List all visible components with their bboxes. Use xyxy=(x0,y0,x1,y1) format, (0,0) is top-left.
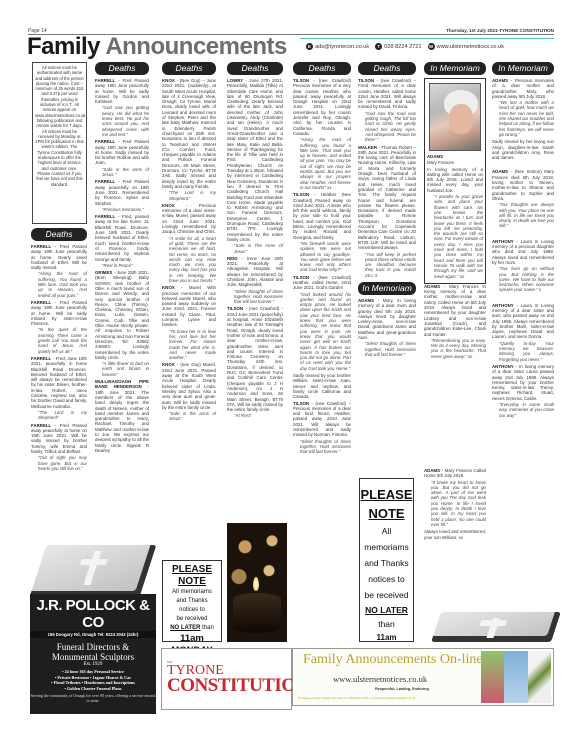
deaths-column-2: Deaths FARRELL - Fred Passed away 19th J… xyxy=(95,62,149,454)
deaths-column-4: Deaths LOWRY - June 27th 2021, Peacefull… xyxy=(227,62,283,421)
section-header-deaths: Deaths xyxy=(31,228,87,241)
notice-entry: MULLINAGOAGH PIPE BAND HENDERSON - 18th … xyxy=(95,379,149,453)
deaths-column-1: Deaths FARRELL - Fred Passed away 19th J… xyxy=(31,228,87,473)
notice-entry: KNOX - (Nee Guy) – June 22nd 2021, (sudd… xyxy=(162,78,216,201)
notice-entry: TILSON - (nee Crawford) - 22nd June 2021… xyxy=(227,306,283,418)
online-ad-heading: Family Announcements On-line xyxy=(303,652,483,668)
section-header-in-memoriam: In Memoriam xyxy=(358,282,416,295)
notice-entry: TILSON - (Nee Crawford) Heather, called … xyxy=(293,275,351,371)
notice-entry: FARRELL - Fred Passed away peacefully on… xyxy=(95,179,149,212)
ad-service: • Golden Charter Funeral Plans xyxy=(30,686,156,692)
notice-entry: Sadly missed by your brother William, si… xyxy=(293,373,351,399)
notice-entry: REID - Irene June 20th 2021. Peacefully … xyxy=(227,256,283,305)
notice-entry: KNOX - (nee Guy) Muriel, 22nd June 2021.… xyxy=(162,362,216,421)
notice-entry: ANTHONY - Laura In Loving memory of a de… xyxy=(492,303,554,362)
pollock-funeral-ad[interactable]: J.R. POLLOCK & CO 155 Doogary Rd, Omagh … xyxy=(30,594,156,714)
section-header-deaths: Deaths xyxy=(95,62,149,75)
online-ad-images xyxy=(481,651,551,703)
phone-contact[interactable]: T028 8224 2721 xyxy=(375,43,421,50)
bible-illustration xyxy=(30,545,157,597)
accent-divider xyxy=(300,38,554,39)
candle-photo xyxy=(227,523,287,642)
notice-entry: ANTHONY - Laura In Loving memory of a pr… xyxy=(492,239,554,293)
section-header-deaths: Deaths xyxy=(358,62,416,75)
notice-entry: FARRELL - Fred Passed away peacefully at… xyxy=(31,423,87,472)
email-text: ads@tyronecon.co.uk xyxy=(315,44,369,50)
web-contact[interactable]: Wwww.ulsternetnotices.co.uk xyxy=(428,43,504,50)
phone-icon: T xyxy=(375,43,382,50)
title-word-family: Family xyxy=(27,33,100,60)
notice-entry: GRIMES - June 25th 2021, (Born Sleeping)… xyxy=(95,270,149,377)
contact-bar: Eads@tyronecon.co.uk T028 8224 2721 Wwww… xyxy=(306,43,504,50)
notice-entry: ADAMS - Mary, In loving memory of a dear… xyxy=(358,298,416,357)
notice-entry: ADAMS - Mary Frances Called Home 5th Jul… xyxy=(424,468,486,540)
logo-line-2: CONSTITUTION xyxy=(167,676,309,695)
ad-serving-text: Serving the community of Omagh for over … xyxy=(30,693,156,703)
tyrone-constitution-logo: THE TYRONE CONSTITUTION xyxy=(161,648,292,710)
email-icon: E xyxy=(306,43,313,50)
notice-entry: KNOX - Precious memories of a dear siste… xyxy=(162,203,216,283)
notice-entry: TILSON - (nee Crawford) – Precious memor… xyxy=(293,401,351,455)
online-ad-contact: To place a notice contact our team on 02… xyxy=(298,696,415,700)
ad-title-2: Monumental Sculptors xyxy=(30,652,156,662)
notice-entry: TILSON - Heather (Nee Crawford) Passed a… xyxy=(293,192,351,272)
please-note-box: PLEASE NOTE All memoriams and Thanks not… xyxy=(359,478,414,642)
email-contact[interactable]: Eads@tyronecon.co.uk xyxy=(306,43,369,50)
phone-text: 028 8224 2721 xyxy=(384,44,421,50)
section-header-in-memoriam: In Memoriam xyxy=(492,62,554,75)
section-header-in-memoriam: In Memoriam xyxy=(424,62,486,75)
notice-entry: FARRELL - Fred Passed away 19th June pea… xyxy=(95,78,149,137)
family-announcements-online-ad[interactable]: Family Announcements On-line www.ulstern… xyxy=(292,648,554,706)
notice-entry: TILSON - (nee Crawford) – Fond memories … xyxy=(358,78,416,143)
ad-established: Est. 1929 xyxy=(30,662,156,667)
dateline: Thursday, 1st July 2021-TYRONE CONSTITUT… xyxy=(446,28,554,33)
notice-entry: FARRELL - Fred, June 19th 2021, peaceful… xyxy=(31,356,87,421)
memorial-photo xyxy=(429,83,481,151)
notice-entry: TILSON - (nee Crawford) Precious memorie… xyxy=(293,78,351,190)
notice-terms-box: All notices must be authenticated with n… xyxy=(32,62,87,224)
deaths-column-5: Deaths TILSON - (nee Crawford) Precious … xyxy=(293,62,351,456)
online-ad-url[interactable]: www.ulsternetnotices.co.uk xyxy=(333,674,427,684)
memoriam-column-7-lower: ADAMS - Mary Frances Called Home 5th Jul… xyxy=(424,468,486,541)
notice-entry: LOWRY - June 27th 2021, Peacefully, Mati… xyxy=(227,78,283,254)
section-header-deaths: Deaths xyxy=(227,62,283,75)
deaths-column-3: Deaths KNOX - (Nee Guy) – June 22nd 2021… xyxy=(162,62,216,424)
web-icon: W xyxy=(428,43,435,50)
ad-title-1: Funeral Directors & xyxy=(30,642,156,652)
notice-entry: FARRELL - Fred Passed away 19th June pea… xyxy=(95,139,149,177)
notice-entry: ADAMS - Precious memories of a dear moth… xyxy=(492,78,554,160)
ad-brand: J.R. POLLOCK & CO xyxy=(30,594,156,631)
title-word-announcements: Announcements xyxy=(105,33,287,60)
notice-entry: ADAMS - Mary Frances In loving memory of… xyxy=(424,284,486,359)
notice-entry: KNOX - Muriel With precious memories of … xyxy=(162,285,216,360)
notice-entry: WALKER - Thomas Robert – 28th June 2021.… xyxy=(358,145,416,278)
notice-entry: FARRELL - Fred Passed away 19th June pea… xyxy=(31,300,87,354)
online-ad-tagline: Respectful, Lasting, Enduring xyxy=(375,687,429,691)
memoriam-column-7: In Memoriam ADAMS Mary Frances In loving… xyxy=(424,62,486,361)
web-text: www.ulsternetnotices.co.uk xyxy=(437,44,504,50)
section-header-deaths: Deaths xyxy=(162,62,216,75)
notice-entry: FARRELL - Fred Passed away 19th June pea… xyxy=(31,244,87,298)
notice-entry: ANTHONY - In loving memory of a dear sis… xyxy=(492,364,554,418)
ad-address: 155 Doogary Rd, Omagh Tel: 8224 2043 (24… xyxy=(30,631,156,638)
section-header-deaths: Deaths xyxy=(293,62,351,75)
memoriam-column-8: In Memoriam ADAMS - Precious memories of… xyxy=(492,62,554,420)
notice-entry: ADAMS - (Nee Smiton) Mary Frances died 5… xyxy=(492,169,554,228)
notice-entry: FARRELL - Fred, passed away at his late … xyxy=(95,214,149,268)
page-title: Family Announcements xyxy=(27,35,287,59)
deaths-column-6: Deaths TILSON - (nee Crawford) – Fond me… xyxy=(358,62,416,359)
please-note-box: PLEASE NOTE All memoriams and Thanks not… xyxy=(162,560,222,642)
bible-illustration xyxy=(431,612,561,642)
memorial-photo-notice: ADAMS Mary Frances In loving memory of a… xyxy=(424,78,486,284)
